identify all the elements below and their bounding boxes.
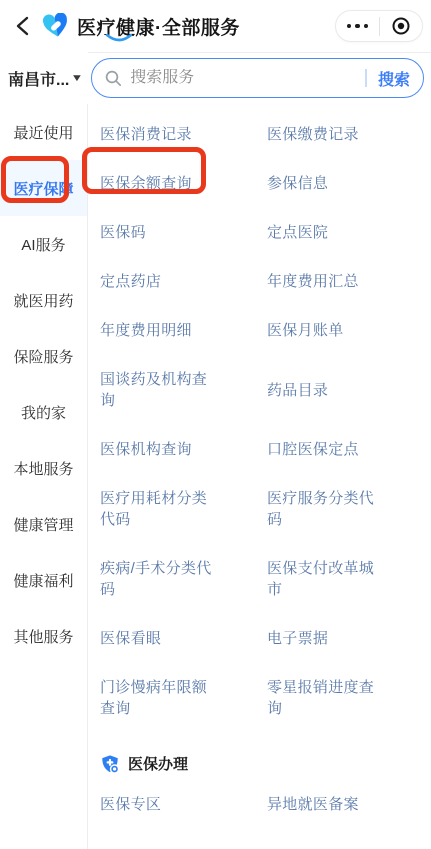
- sidebar-category-item[interactable]: 就医用药: [0, 272, 87, 328]
- service-link[interactable]: 医疗用耗材分类代码: [100, 474, 267, 544]
- back-button[interactable]: [10, 13, 36, 39]
- city-selector[interactable]: 南昌市... ▼: [8, 67, 82, 90]
- service-link[interactable]: 国谈药及机构查询: [100, 355, 267, 425]
- chevron-down-icon: ▼: [71, 73, 84, 84]
- service-link[interactable]: 零星报销进度查询: [267, 663, 431, 733]
- service-label: 医疗用耗材分类代码: [100, 488, 214, 530]
- service-label: 定点医院: [267, 222, 328, 243]
- section-header-yibao-banli: 医保办理: [100, 753, 431, 774]
- service-label: 定点药店: [100, 271, 161, 292]
- service-link[interactable]: 口腔医保定点: [267, 425, 431, 474]
- sidebar-category-label: 健康福利: [13, 570, 73, 591]
- service-link[interactable]: 定点医院: [267, 208, 431, 257]
- medical-health-services-screen: 医疗健康·全部服务 南昌市... ▼: [0, 0, 431, 849]
- service-link[interactable]: 参保信息: [267, 159, 431, 208]
- dot-icon: [355, 24, 360, 29]
- section-title: 医保办理: [128, 753, 188, 774]
- service-label: 医保余额查询: [100, 173, 192, 194]
- service-link[interactable]: 医保支付改革城市: [267, 544, 431, 614]
- back-chevron-icon: [13, 15, 33, 37]
- sidebar-category-item[interactable]: 其他服务: [0, 608, 87, 664]
- service-link[interactable]: 异地就医备案: [267, 780, 431, 829]
- header-hairline: [88, 52, 431, 53]
- service-link[interactable]: 医保机构查询: [100, 425, 267, 474]
- service-link[interactable]: 医保看眼: [100, 614, 267, 663]
- main-area: 最近使用 医疗保障 AI服务 就医用药 保险服务: [0, 104, 431, 849]
- city-label: 南昌市...: [8, 67, 69, 90]
- service-label: 医保消费记录: [100, 124, 192, 145]
- service-link[interactable]: 电子票据: [267, 614, 431, 663]
- miniprogram-capsule: [335, 10, 423, 42]
- health-heart-logo-icon: [42, 13, 70, 39]
- sidebar-category-label: 我的家: [21, 402, 66, 423]
- sidebar-category-item[interactable]: 最近使用: [0, 104, 87, 160]
- more-options-button[interactable]: [336, 24, 379, 29]
- sidebar-category-item[interactable]: 健康福利: [0, 552, 87, 608]
- sidebar-category-label: 就医用药: [13, 290, 73, 311]
- service-label: 年度费用汇总: [267, 271, 359, 292]
- service-link[interactable]: 医保专区: [100, 780, 267, 829]
- service-link[interactable]: 药品目录: [267, 366, 431, 415]
- service-label: 电子票据: [267, 628, 328, 649]
- service-link[interactable]: 医保缴费记录: [267, 110, 431, 159]
- service-label: 国谈药及机构查询: [100, 369, 214, 411]
- circle-dot-icon: [391, 16, 411, 36]
- sidebar-category-item[interactable]: AI服务: [0, 216, 87, 272]
- service-label: 医保支付改革城市: [267, 558, 381, 600]
- close-home-button[interactable]: [380, 16, 423, 36]
- sidebar-category-label: 本地服务: [13, 458, 73, 479]
- sidebar-category-item[interactable]: 健康管理: [0, 496, 87, 552]
- service-label: 医保缴费记录: [267, 124, 359, 145]
- service-label: 医疗服务分类代码: [267, 488, 381, 530]
- service-label: 药品目录: [267, 380, 328, 401]
- search-divider: [365, 69, 367, 87]
- search-icon: [105, 70, 122, 87]
- sidebar-category-label: 最近使用: [13, 122, 73, 143]
- handle-services-grid: 医保专区 异地就医备案: [100, 780, 431, 829]
- service-link[interactable]: 医疗服务分类代码: [267, 474, 431, 544]
- sidebar-category-label: 其他服务: [13, 626, 73, 647]
- services-panel: 医保消费记录 医保缴费记录 医保余额查询 参保信息 医保: [88, 104, 431, 849]
- search-input[interactable]: [130, 69, 357, 87]
- service-label: 医保码: [100, 222, 146, 243]
- service-label: 医保看眼: [100, 628, 161, 649]
- service-label: 异地就医备案: [267, 794, 359, 815]
- service-label: 零星报销进度查询: [267, 677, 381, 719]
- service-label: 参保信息: [267, 173, 328, 194]
- service-link[interactable]: 医保余额查询: [100, 159, 267, 208]
- page-title: 医疗健康·全部服务: [77, 13, 240, 40]
- sidebar-category-label: AI服务: [21, 234, 65, 255]
- search-bar: 搜索: [91, 58, 424, 98]
- sidebar-category-label: 保险服务: [13, 346, 73, 367]
- shield-plus-icon: [100, 754, 120, 774]
- sidebar-category-label: 医疗保障: [13, 178, 73, 199]
- service-label: 医保月账单: [267, 320, 344, 341]
- service-label: 门诊慢病年限额查询: [100, 677, 214, 719]
- service-label: 口腔医保定点: [267, 439, 359, 460]
- sidebar-category-item[interactable]: 本地服务: [0, 440, 87, 496]
- service-link[interactable]: 门诊慢病年限额查询: [100, 663, 267, 733]
- service-label: 疾病/手术分类代码: [100, 558, 214, 600]
- search-button[interactable]: 搜索: [378, 67, 410, 90]
- services-grid: 医保消费记录 医保缴费记录 医保余额查询 参保信息 医保: [100, 110, 431, 733]
- service-label: 医保专区: [100, 794, 161, 815]
- service-label: 年度费用明细: [100, 320, 192, 341]
- dot-icon: [364, 24, 369, 29]
- service-link[interactable]: 医保码: [100, 208, 267, 257]
- search-toolbar: 南昌市... ▼ 搜索: [0, 52, 431, 104]
- service-link[interactable]: 年度费用汇总: [267, 257, 431, 306]
- dot-icon: [347, 24, 352, 29]
- service-link[interactable]: 疾病/手术分类代码: [100, 544, 267, 614]
- sidebar-category-item[interactable]: 保险服务: [0, 328, 87, 384]
- service-link[interactable]: 年度费用明细: [100, 306, 267, 355]
- service-link[interactable]: 医保月账单: [267, 306, 431, 355]
- navbar: 医疗健康·全部服务: [0, 0, 431, 52]
- category-sidebar: 最近使用 医疗保障 AI服务 就医用药 保险服务: [0, 104, 88, 849]
- sidebar-category-item[interactable]: 我的家: [0, 384, 87, 440]
- service-label: 医保机构查询: [100, 439, 192, 460]
- sidebar-category-label: 健康管理: [13, 514, 73, 535]
- sidebar-category-item[interactable]: 医疗保障: [0, 160, 87, 216]
- service-link[interactable]: 医保消费记录: [100, 110, 267, 159]
- service-link[interactable]: 定点药店: [100, 257, 267, 306]
